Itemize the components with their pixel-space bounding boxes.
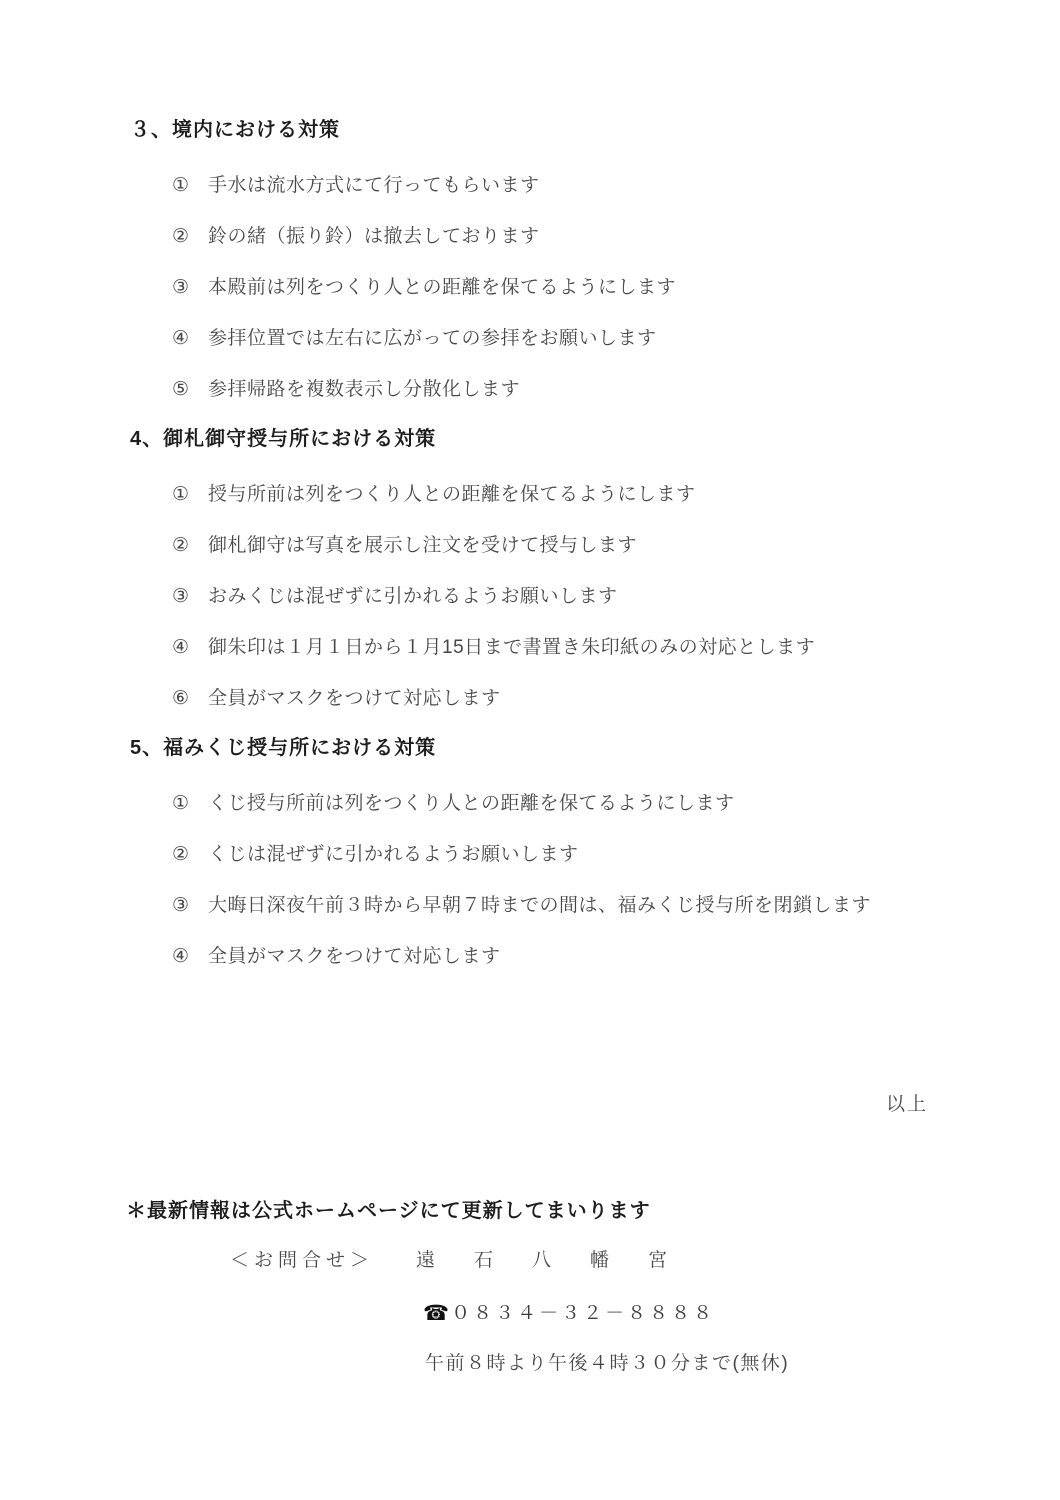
section-5-items: ① くじ授与所前は列をつくり人との距離を保てるようにします ② くじは混ぜずに引… xyxy=(130,794,1060,967)
list-item: ③ おみくじは混ぜずに引かれるようお願いします xyxy=(130,587,1060,607)
section-heading-4: 4、御札御守授与所における対策 xyxy=(130,427,1060,451)
phone-row: ☎ ０８３４－３２－８８８８ xyxy=(423,1303,1060,1325)
list-item: ④ 全員がマスクをつけて対応します xyxy=(130,947,1060,967)
item-text: おみくじは混ぜずに引かれるようお願いします xyxy=(208,587,618,607)
section-3-items: ① 手水は流水方式にて行ってもらいます ② 鈴の緒（振り鈴）は撤去しております … xyxy=(130,176,1060,400)
item-text: 鈴の緒（振り鈴）は撤去しております xyxy=(208,227,540,247)
phone-icon: ☎ xyxy=(423,1303,449,1325)
item-number: ③ xyxy=(172,587,194,607)
item-number: ④ xyxy=(172,329,194,349)
item-number: ⑥ xyxy=(172,689,194,709)
document-page: ３、境内における対策 ① 手水は流水方式にて行ってもらいます ② 鈴の緒（振り鈴… xyxy=(0,0,1060,1500)
item-number: ④ xyxy=(172,947,194,967)
item-number: ③ xyxy=(172,896,194,916)
closing-row: 以上 xyxy=(130,1095,1060,1115)
shrine-name: 遠 石 八 幡 宮 xyxy=(416,1250,677,1272)
section-heading-3: ３、境内における対策 xyxy=(130,118,1060,142)
list-item: ④ 参拝位置では左右に広がっての参拝をお願いします xyxy=(130,329,1060,349)
item-number: ④ xyxy=(172,638,194,658)
item-text: 授与所前は列をつくり人との距離を保てるようにします xyxy=(208,485,696,505)
item-number: ⑤ xyxy=(172,380,194,400)
item-number: ① xyxy=(172,485,194,505)
item-text: 本殿前は列をつくり人との距離を保てるようにします xyxy=(208,278,676,298)
item-text: 大晦日深夜午前３時から早朝７時までの間は、福みくじ授与所を閉鎖します xyxy=(208,896,871,916)
item-number: ② xyxy=(172,845,194,865)
item-number: ② xyxy=(172,536,194,556)
update-note: ＊最新情報は公式ホームページにて更新してまいります xyxy=(126,1199,1060,1223)
list-item: ⑥ 全員がマスクをつけて対応します xyxy=(130,689,1060,709)
item-text: 全員がマスクをつけて対応します xyxy=(208,689,501,709)
contact-row: ＜お問合せ＞ 遠 石 八 幡 宮 xyxy=(230,1250,1060,1272)
item-text: 参拝位置では左右に広がっての参拝をお願いします xyxy=(208,329,657,349)
section-4-items: ① 授与所前は列をつくり人との距離を保てるようにします ② 御札御守は写真を展示… xyxy=(130,485,1060,709)
item-number: ① xyxy=(172,794,194,814)
business-hours: 午前８時より午後４時３０分まで(無休) xyxy=(425,1353,1060,1375)
item-number: ③ xyxy=(172,278,194,298)
phone-number: ０８３４－３２－８８８８ xyxy=(451,1303,715,1325)
item-text: くじ授与所前は列をつくり人との距離を保てるようにします xyxy=(208,794,735,814)
item-text: くじは混ぜずに引かれるようお願いします xyxy=(208,845,579,865)
list-item: ⑤ 参拝帰路を複数表示し分散化します xyxy=(130,380,1060,400)
list-item: ② 鈴の緒（振り鈴）は撤去しております xyxy=(130,227,1060,247)
list-item: ② くじは混ぜずに引かれるようお願いします xyxy=(130,845,1060,865)
list-item: ② 御札御守は写真を展示し注文を受けて授与します xyxy=(130,536,1060,556)
item-number: ② xyxy=(172,227,194,247)
item-text: 御朱印は１月１日から１月15日まで書置き朱印紙のみの対応とします xyxy=(208,638,815,658)
item-number: ① xyxy=(172,176,194,196)
closing-text: 以上 xyxy=(886,1094,928,1115)
list-item: ① くじ授与所前は列をつくり人との距離を保てるようにします xyxy=(130,794,1060,814)
contact-label: ＜お問合せ＞ xyxy=(230,1250,374,1272)
list-item: ① 授与所前は列をつくり人との距離を保てるようにします xyxy=(130,485,1060,505)
list-item: ④ 御朱印は１月１日から１月15日まで書置き朱印紙のみの対応とします xyxy=(130,638,1060,658)
section-heading-5: 5、福みくじ授与所における対策 xyxy=(130,736,1060,760)
item-text: 御札御守は写真を展示し注文を受けて授与します xyxy=(208,536,637,556)
list-item: ③ 本殿前は列をつくり人との距離を保てるようにします xyxy=(130,278,1060,298)
item-text: 全員がマスクをつけて対応します xyxy=(208,947,501,967)
item-text: 手水は流水方式にて行ってもらいます xyxy=(208,176,540,196)
list-item: ① 手水は流水方式にて行ってもらいます xyxy=(130,176,1060,196)
list-item: ③ 大晦日深夜午前３時から早朝７時までの間は、福みくじ授与所を閉鎖します xyxy=(130,896,1060,916)
item-text: 参拝帰路を複数表示し分散化します xyxy=(208,380,520,400)
